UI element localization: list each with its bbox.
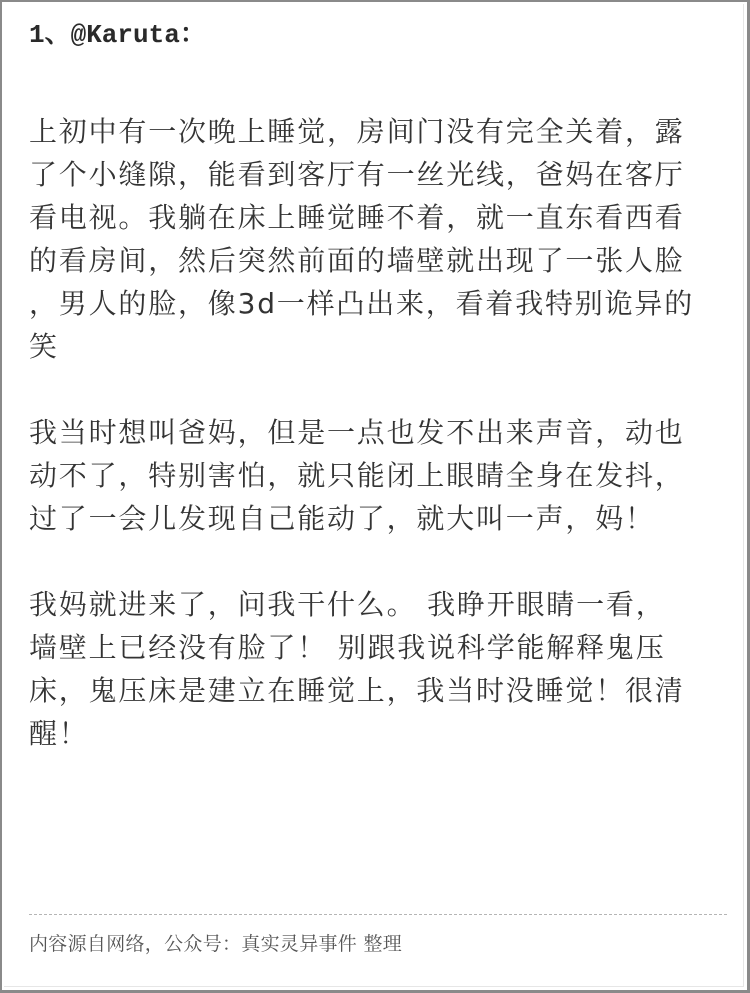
text-line: 墙壁上已经没有脸了！ 别跟我说科学能解释鬼压 <box>29 626 750 669</box>
text-line: 我妈就进来了，问我干什么。 我睁开眼睛一看， <box>29 583 750 626</box>
paragraph-2: 我当时想叫爸妈，但是一点也发不出来声音，动也 动不了，特别害怕，就只能闭上眼睛全… <box>29 411 750 540</box>
article-frame: 1、@Karuta： 上初中有一次晚上睡觉，房间门没有完全关着，露 了个小缝隙，… <box>0 0 750 993</box>
text-line: 了个小缝隙，能看到客厅有一丝光线，爸妈在客厅 <box>29 153 750 196</box>
text-line: 看电视。我躺在床上睡觉睡不着，就一直东看西看 <box>29 196 750 239</box>
text-line: 的看房间，然后突然前面的墙壁就出现了一张人脸 <box>29 239 750 282</box>
paragraph-3: 我妈就进来了，问我干什么。 我睁开眼睛一看， 墙壁上已经没有脸了！ 别跟我说科学… <box>29 583 750 755</box>
dashed-divider <box>29 914 727 915</box>
post-title: 1、@Karuta： <box>29 17 206 53</box>
text-line: 醒！ <box>29 712 750 755</box>
source-credit: 内容源自网络，公众号：真实灵异事件 整理 <box>29 930 402 958</box>
text-line: 动不了，特别害怕，就只能闭上眼睛全身在发抖， <box>29 454 750 497</box>
article-body: 上初中有一次晚上睡觉，房间门没有完全关着，露 了个小缝隙，能看到客厅有一丝光线，… <box>29 110 750 798</box>
text-line: ，男人的脸，像3d一样凸出来，看着我特别诡异的 <box>29 282 750 325</box>
text-line: 上初中有一次晚上睡觉，房间门没有完全关着，露 <box>29 110 750 153</box>
text-line: 床，鬼压床是建立在睡觉上，我当时没睡觉！很清 <box>29 669 750 712</box>
text-line: 过了一会儿发现自己能动了，就大叫一声，妈！ <box>29 497 750 540</box>
text-line: 笑 <box>29 325 750 368</box>
text-line: 我当时想叫爸妈，但是一点也发不出来声音，动也 <box>29 411 750 454</box>
paragraph-1: 上初中有一次晚上睡觉，房间门没有完全关着，露 了个小缝隙，能看到客厅有一丝光线，… <box>29 110 750 368</box>
